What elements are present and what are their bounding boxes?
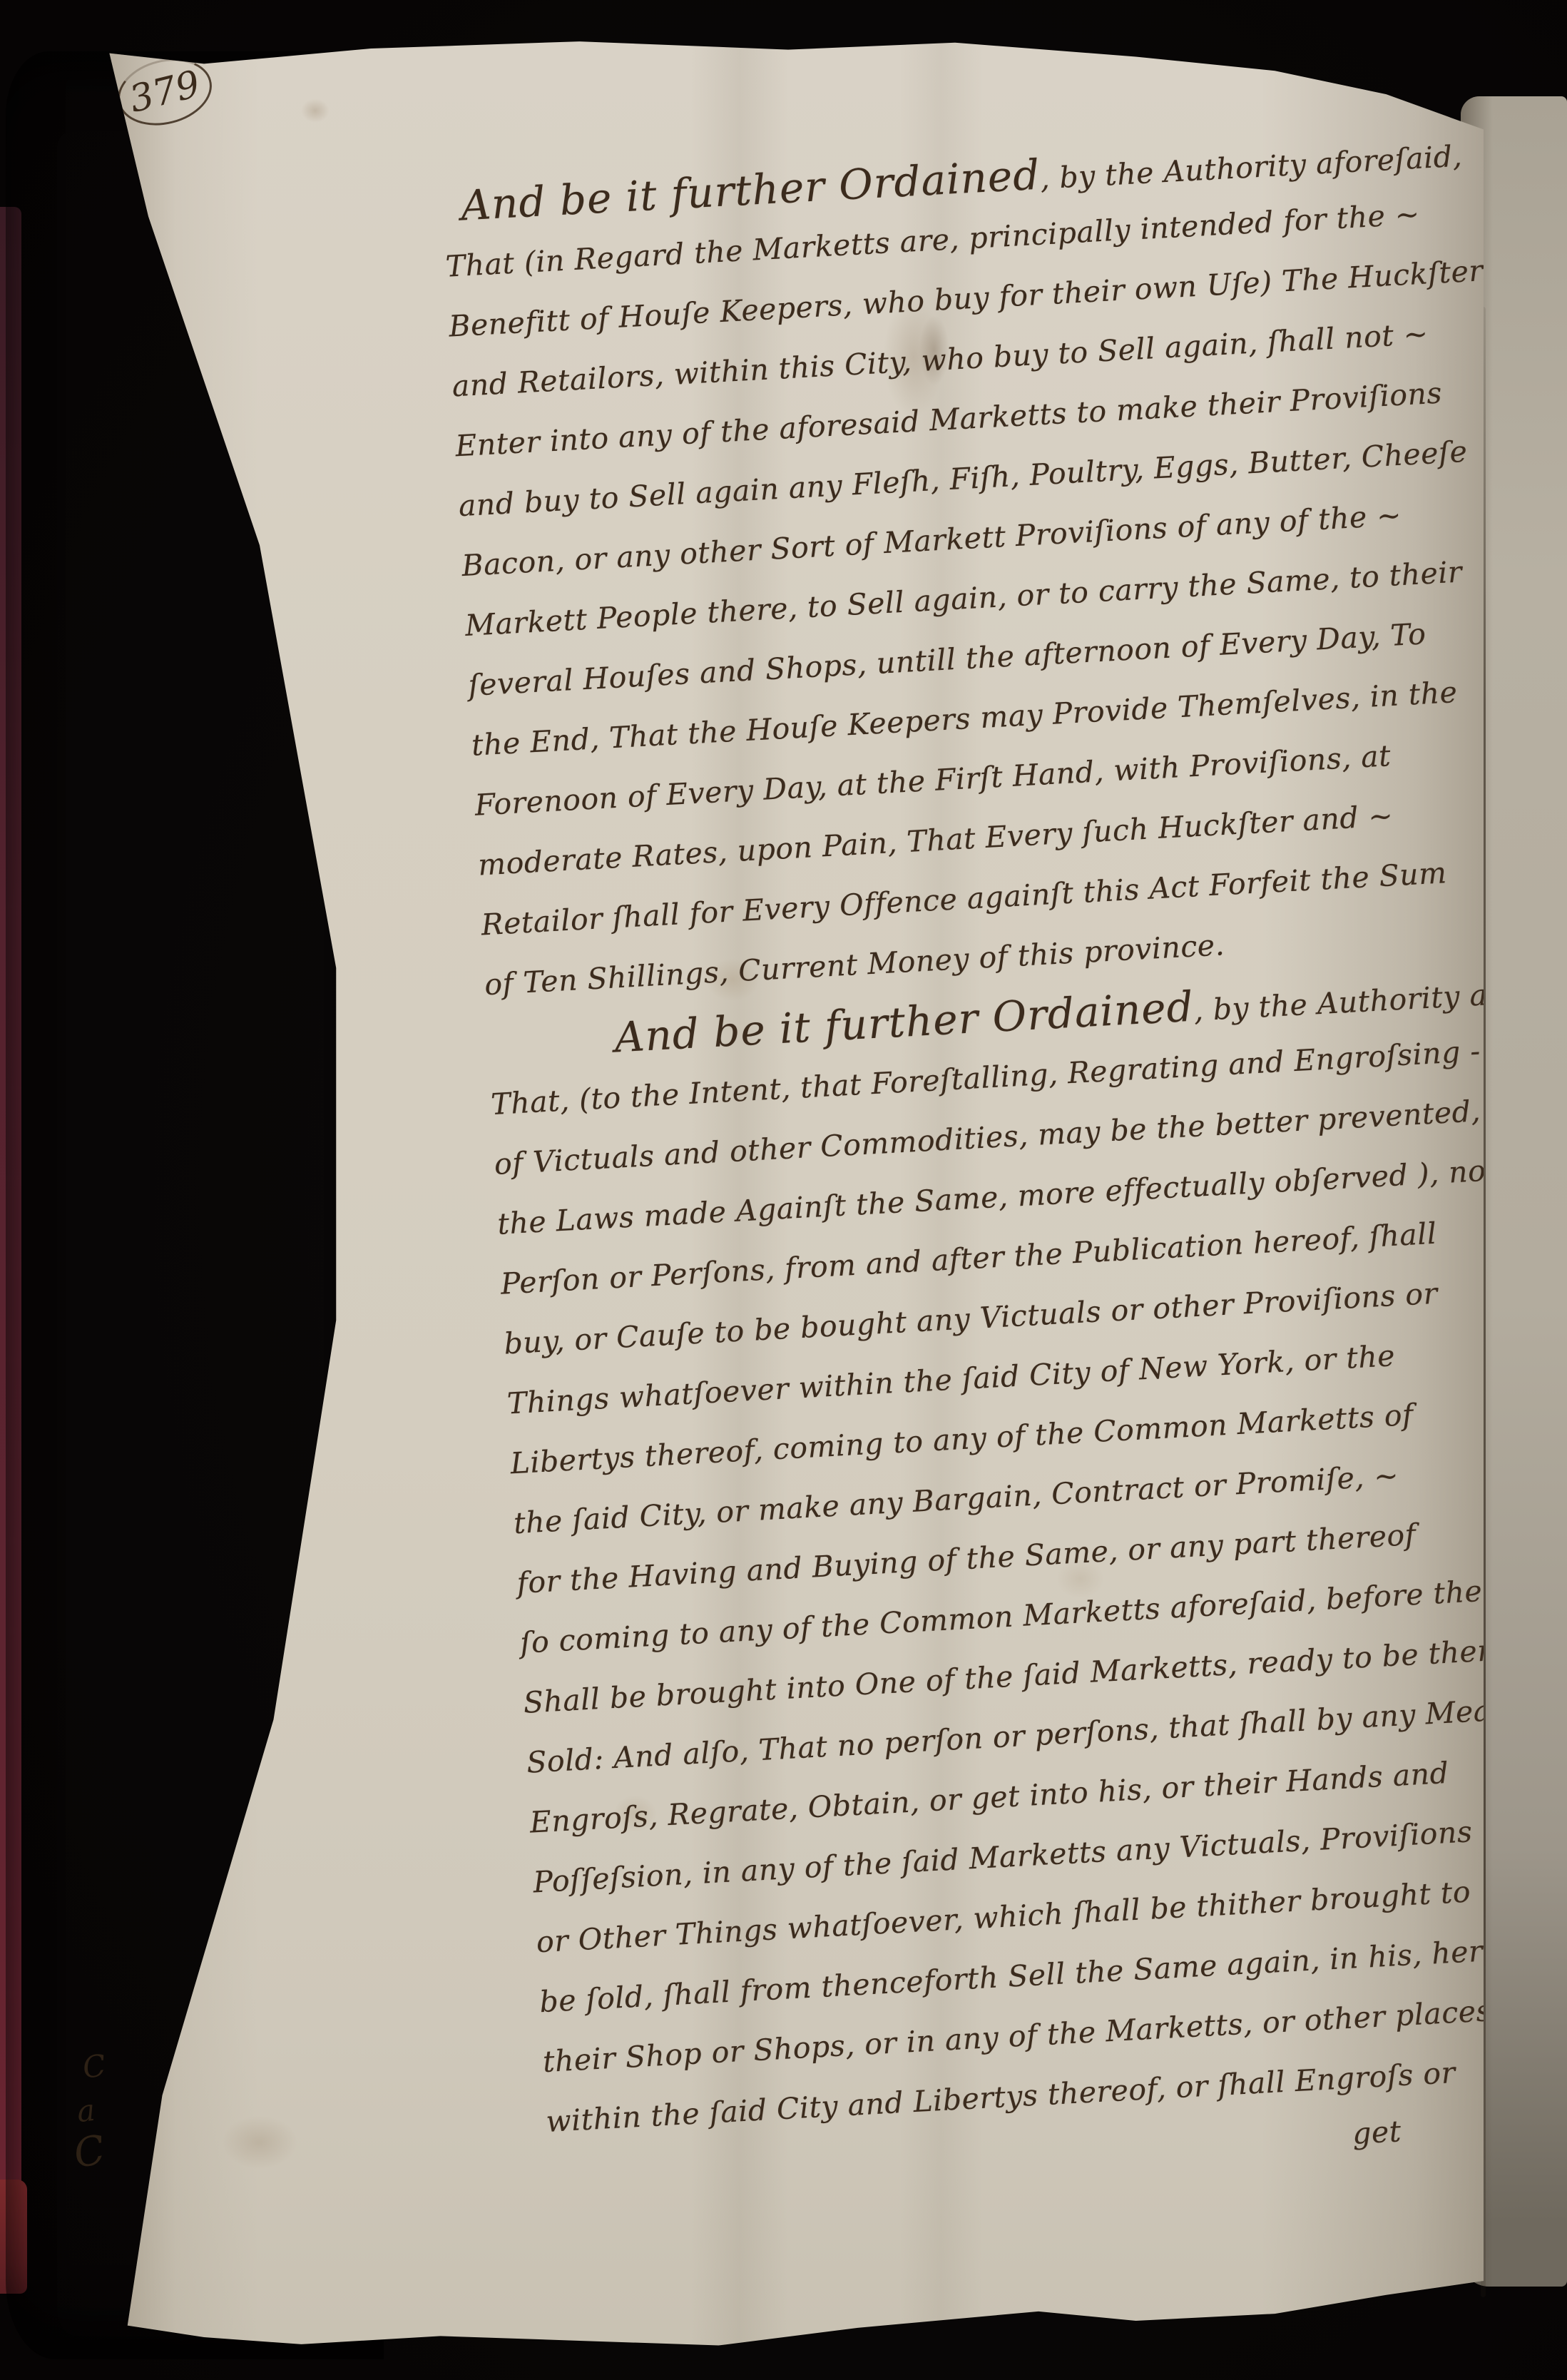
margin-ink-fragment: a xyxy=(76,2092,97,2129)
page-number: 379 xyxy=(126,63,205,121)
manuscript-text: And be it further Ordained, by the Autho… xyxy=(441,121,1567,2207)
margin-ink-fragment: C xyxy=(81,2048,108,2085)
margin-ink-fragment: C xyxy=(71,2127,108,2177)
photo-background: C a C 379 And be it further Ordained, by… xyxy=(0,0,1567,2380)
